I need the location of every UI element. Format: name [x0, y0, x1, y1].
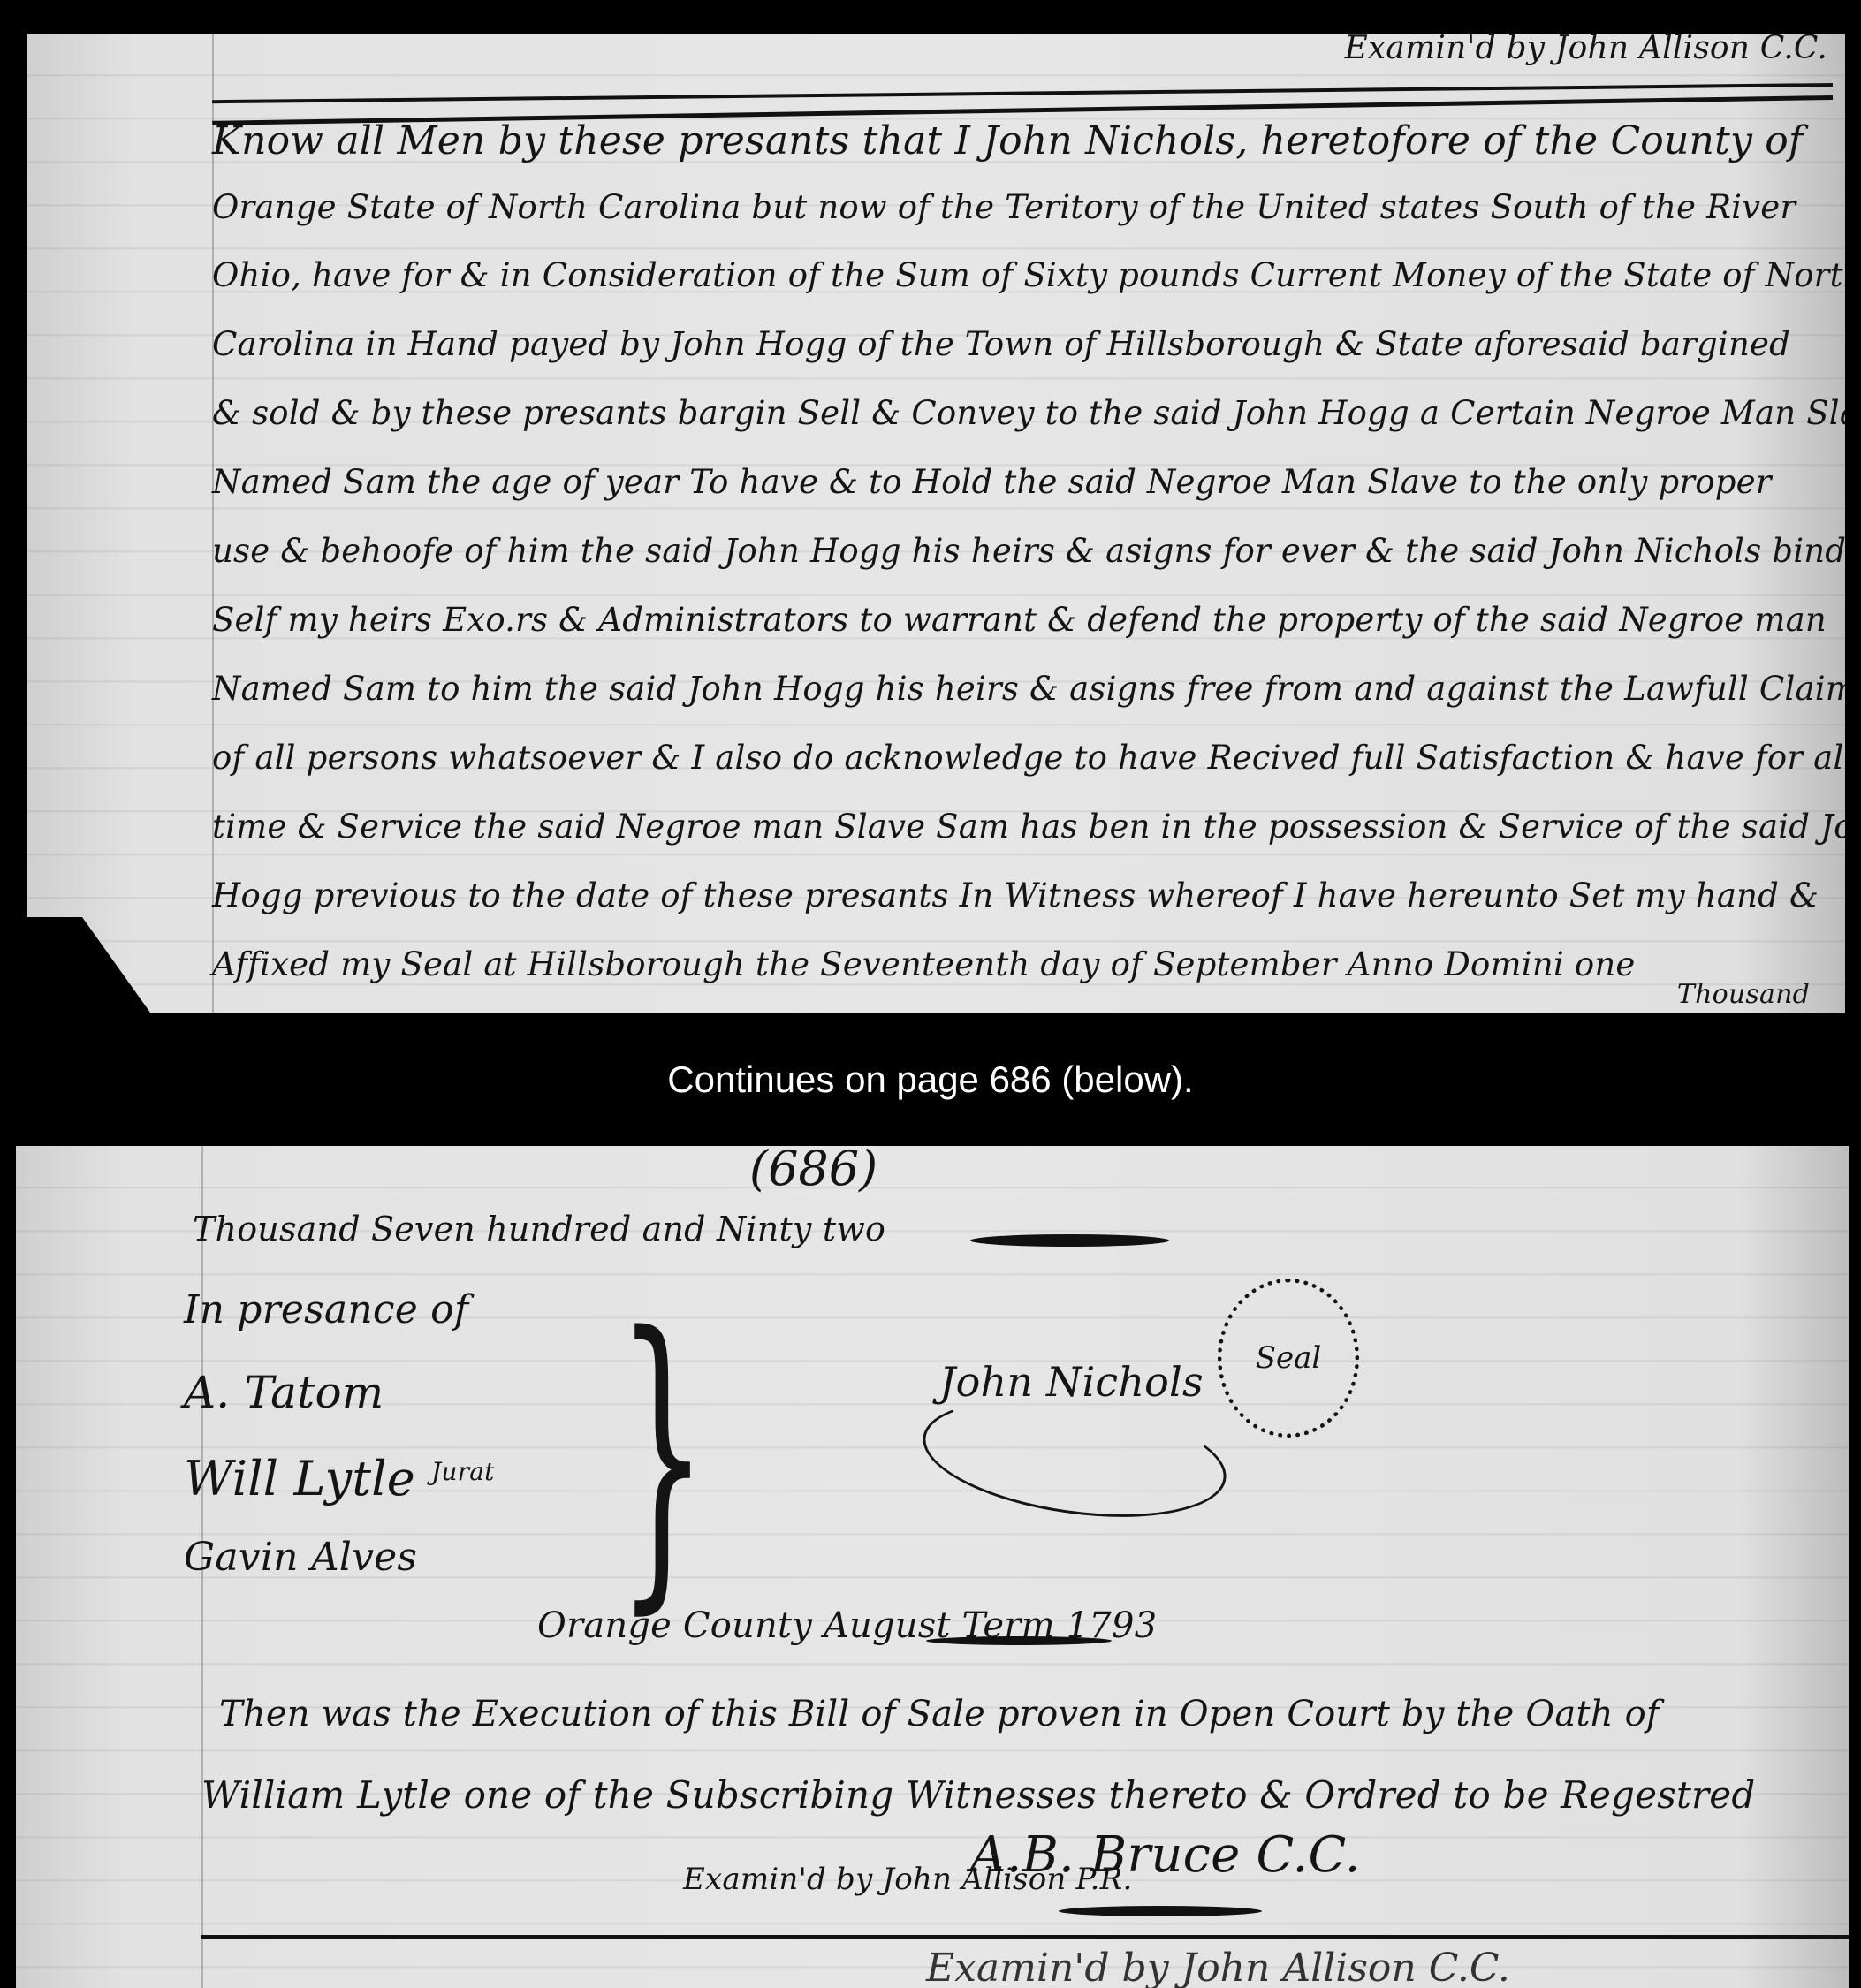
page-separator-band: Continues on page 686 (below). [0, 1013, 1861, 1146]
catchword: Thousand [1677, 979, 1810, 1010]
court-line: Then was the Execution of this Bill of S… [219, 1694, 1660, 1734]
continuation-caption: Continues on page 686 (below). [667, 1058, 1193, 1101]
deed-line: Affixed my Seal at Hillsborough the Seve… [212, 945, 1635, 983]
witness-name: Will Lytle [184, 1451, 415, 1506]
deed-line: of all persons whatsoever & I also do ac… [212, 739, 1845, 777]
next-entry-fragment: Examin'd by John Allison C.C. [926, 1946, 1510, 1988]
deed-line: time & Service the said Negroe man Slave… [212, 808, 1845, 846]
deed-line: Self my heirs Exo.rs & Administrators to… [212, 601, 1827, 639]
document-page-top: Examin'd by John Allison C.C. Know all M… [27, 34, 1845, 1013]
deed-line: use & behoofe of him the said John Hogg … [212, 532, 1845, 570]
document-page-bottom: (686) Thousand Seven hundred and Ninty t… [16, 1146, 1849, 1988]
deed-line: Named Sam to him the said John Hogg his … [212, 670, 1845, 708]
court-line: William Lytle one of the Subscribing Wit… [201, 1773, 1755, 1817]
deed-line: & sold & by these presants bargin Sell &… [212, 394, 1845, 432]
page-number: (686) [749, 1146, 877, 1196]
jurat-annotation: Jurat [431, 1457, 495, 1486]
deed-line: Carolina in Hand payed by John Hogg of t… [212, 325, 1790, 363]
deed-line: Hogg previous to the date of these presa… [212, 876, 1819, 914]
witness-heading: In presance of [184, 1287, 468, 1332]
examined-by-header: Examin'd by John Allison C.C. [1344, 34, 1827, 66]
seal-label: Seal [1256, 1340, 1322, 1376]
witness-name: A. Tatom [184, 1367, 384, 1418]
deed-line: Named Sam the age of year To have & to H… [212, 463, 1772, 501]
grantor-signature: John Nichols [939, 1358, 1204, 1406]
witness-brace: } [617, 1296, 708, 1614]
bottom-rule [201, 1935, 1849, 1939]
flourish [926, 1636, 1112, 1645]
flourish [1059, 1906, 1262, 1916]
clerk-signature: A.B. Bruce C.C. [970, 1826, 1361, 1884]
seal-mark: Seal [1218, 1279, 1359, 1438]
flourish [970, 1234, 1169, 1247]
witness-name: Gavin Alves [184, 1535, 417, 1580]
deed-line: Ohio, have for & in Consideration of the… [212, 256, 1845, 294]
deed-line: Know all Men by these presants that I Jo… [212, 118, 1803, 163]
margin-rule [212, 34, 214, 1013]
page-corner-shadow [27, 917, 150, 1013]
date-continuation: Thousand Seven hundred and Ninty two [193, 1210, 885, 1248]
deed-line: Orange State of North Carolina but now o… [212, 188, 1796, 226]
